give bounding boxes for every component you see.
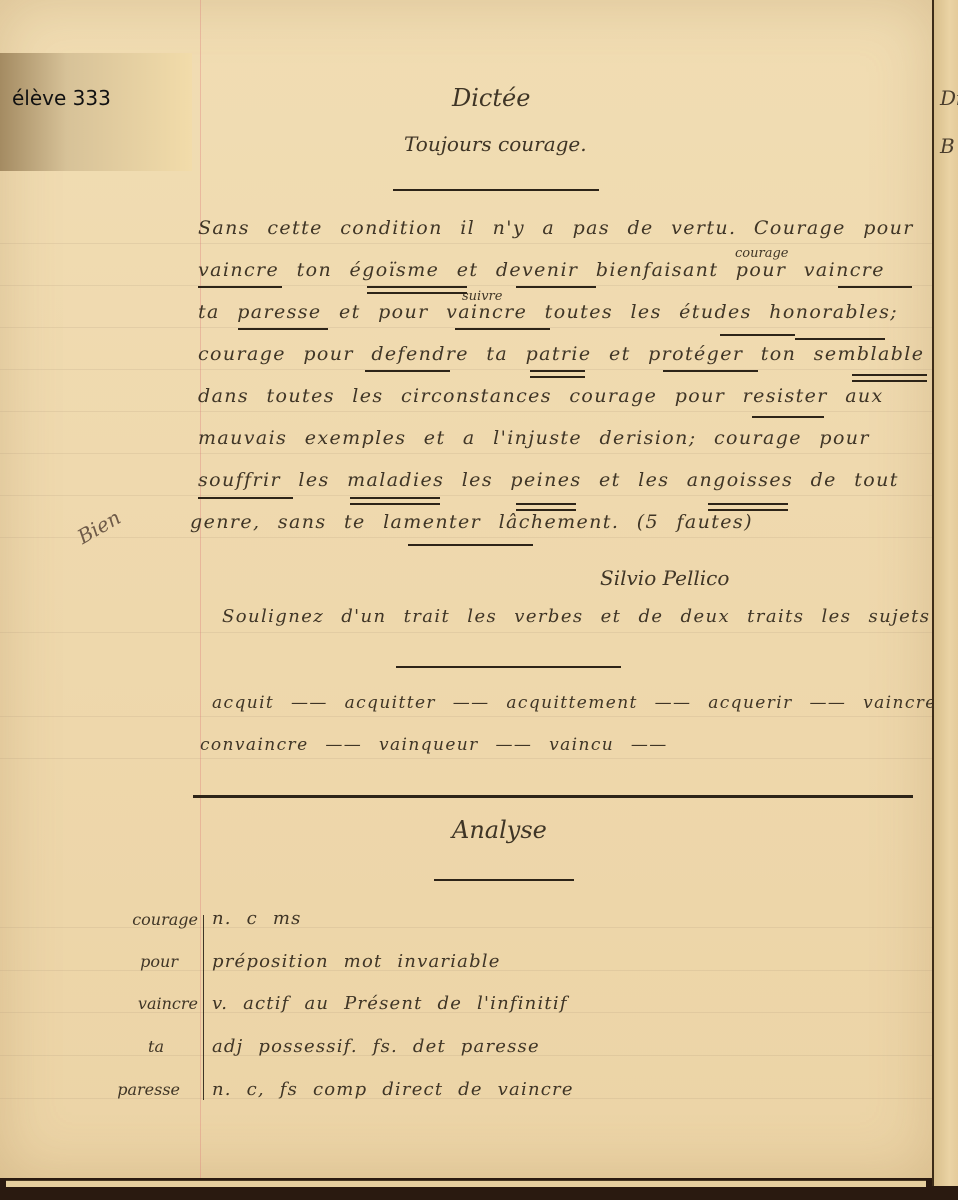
underline-verb [365,370,450,372]
analyse-rule [434,879,574,881]
underline-double [367,292,467,294]
word-acquit: acquit [212,693,274,713]
ruled-line [0,758,932,759]
underline-verb [408,544,533,546]
title-rule [393,189,599,191]
dictee-title: Dictée [452,84,530,112]
underline-verb [198,286,282,288]
underline-double [795,338,885,340]
underline-double [530,376,585,378]
dictee-line-5: dans toutes les circonstances courage po… [198,385,884,407]
analysis-value: préposition mot invariable [212,951,501,972]
exercise-instruction: Soulignez d'un trait les verbes et de de… [222,606,930,627]
analyse-title: Analyse [452,816,547,844]
ruled-line [0,716,932,717]
underline-double [720,334,795,336]
dictee-line-8: genre, sans te lamenter lâchement. (5 fa… [190,511,753,533]
instruction-rule [396,666,621,668]
analysis-word: pour [98,952,178,971]
underline-verb [752,416,824,418]
dictee-line-7: souffrir les maladies les peines et les … [198,469,899,491]
underline-verb [455,328,550,330]
underline-double [852,374,927,376]
teacher-margin-note: Bien [73,505,125,549]
word-vainqueur: vainqueur [379,735,479,755]
ruled-line [0,537,932,538]
underline-verb [198,497,293,499]
underline-verb [516,286,596,288]
section-divider [193,795,913,798]
analysis-word: ta [84,1037,164,1056]
underline-double [367,286,467,288]
analysis-word: paresse [100,1080,180,1099]
ruled-line [0,369,932,370]
dictee-author: Silvio Pellico [600,566,729,590]
dictee-line-2: vaincre ton égoïsme et devenir bienfaisa… [198,259,885,281]
underline-double [708,509,788,511]
word-acquittement: acquittement [506,693,637,713]
underline-double [350,497,440,499]
word-vaincu: vaincu [549,735,614,755]
student-label: élève 333 [0,53,192,171]
ruled-line [0,453,932,454]
underline-double [530,370,585,372]
underline-double [852,380,927,382]
ruled-line [0,632,932,633]
dictee-line-1: Sans cette condition il n'y a pas de ver… [198,217,914,239]
underline-verb [663,370,758,372]
dictee-line-6: mauvais exemples et a l'injuste derision… [198,427,870,449]
underline-double [516,509,576,511]
underline-verb [838,286,912,288]
underline-double [516,503,576,505]
analysis-column-divider [203,915,204,1100]
word-vaincre: vaincre [863,693,937,713]
analysis-word: courage [118,910,198,929]
notebook-page: élève 333 Dictée Toujours courage. coura… [0,0,932,1178]
underline-verb [238,328,328,330]
page-bottom-edge [6,1180,926,1187]
analysis-word: vaincre [118,994,198,1013]
word-acquitter: acquitter [345,693,436,713]
ruled-line [0,411,932,412]
analysis-value: v. actif au Présent de l'infinitif [212,993,568,1014]
word-convaincre: convaincre [200,735,309,755]
analysis-value: n. c, fs comp direct de vaincre [212,1079,574,1100]
dictee-line-3: ta paresse et pour vaincre toutes les ét… [198,301,898,323]
ruled-line [0,243,932,244]
analysis-value: n. c ms [212,908,302,929]
word-family-line-2: convaincre —— vainqueur —— vaincu —— [200,735,668,755]
student-label-text: élève 333 [12,86,111,110]
ruled-line [0,495,932,496]
dictee-subtitle: Toujours courage. [404,132,587,156]
underline-double [350,503,440,505]
word-acquerir: acquerir [708,693,792,713]
analysis-value: adj possessif. fs. det paresse [212,1036,540,1057]
adjacent-page-letter: Di [940,86,958,110]
underline-double [708,503,788,505]
margin-line [200,0,201,1178]
dictee-line-4: courage pour defendre ta patrie et proté… [198,343,924,365]
adjacent-page: Di B [932,0,958,1186]
adjacent-page-letter: B [940,134,955,158]
word-family-line-1: acquit —— acquitter —— acquittement —— a… [212,693,937,713]
